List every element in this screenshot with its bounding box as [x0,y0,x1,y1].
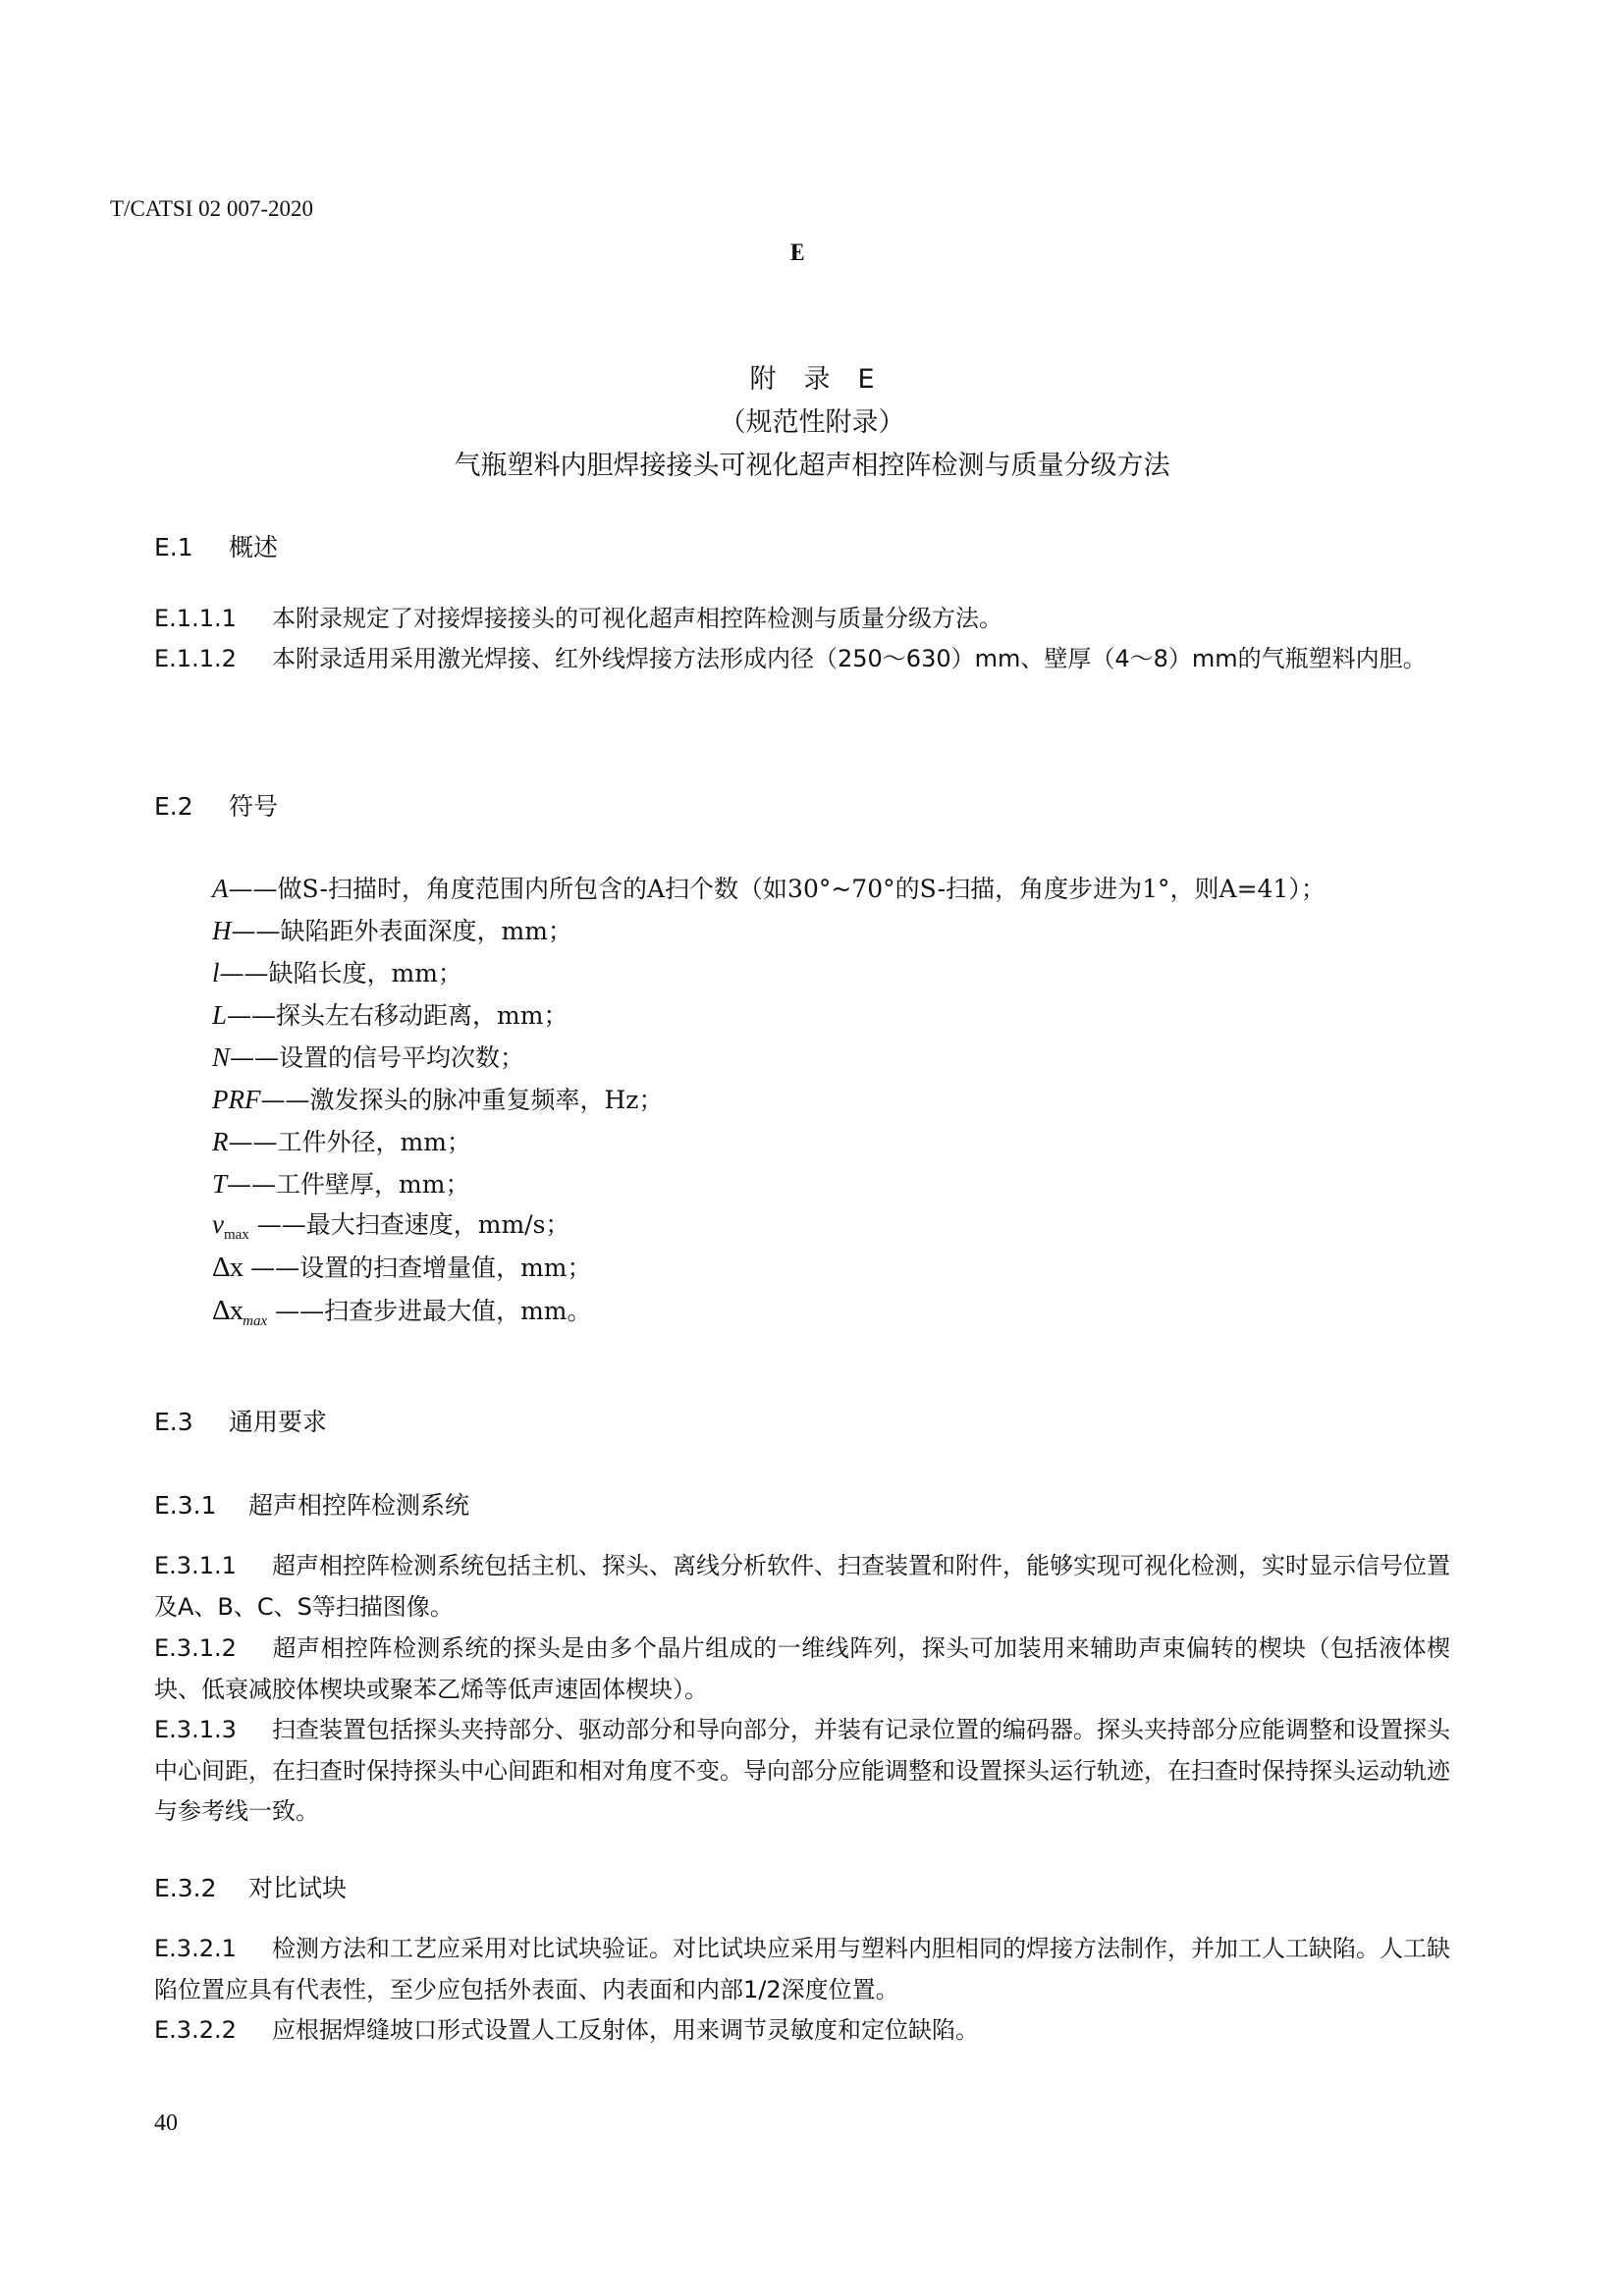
paragraph-e322: E.3.2.2应根据焊缝坡口形式设置人工反射体，用来调节灵敏度和定位缺陷。 [154,2010,1450,2052]
paragraph-e111: E.1.1.1本附录规定了对接焊接接头的可视化超声相控阵检测与质量分级方法。 [154,599,1450,640]
symbol-desc: ——设置的信号平均次数； [230,1043,524,1072]
appendix-type: （规范性附录） [0,400,1624,439]
clause-text: 检测方法和工艺应采用对比试块验证。对比试块应采用与塑料内胆相同的焊接方法制作，并… [154,1935,1450,2003]
symbol-row: H——缺陷距外表面深度，mm； [212,912,572,947]
symbol-row: vmax ——最大扫查速度，mm/s； [212,1205,569,1244]
symbol: N [212,1042,230,1072]
clause-text: 超声相控阵检测系统的探头是由多个晶片组成的一维线阵列，探头可加装用来辅助声束偏转… [154,1634,1450,1703]
stray-mark: IE [791,240,795,267]
clause-number: E.3.1.2 [154,1629,272,1670]
clause-number: E.3.1.1 [154,1546,272,1587]
section-title: 通用要求 [229,1408,327,1436]
section-number: E.3 [154,1408,229,1436]
symbol: A [212,874,229,903]
section-number: E.1 [154,533,229,561]
clause-text: 扫查装置包括探头夹持部分、驱动部分和导向部分，并装有记录位置的编码器。探头夹持部… [154,1716,1450,1825]
appendix-label-part: E [857,364,874,395]
clause-text: 超声相控阵检测系统包括主机、探头、离线分析软件、扫查装置和附件，能够实现可视化检… [154,1552,1450,1621]
paragraph-e312: E.3.1.2超声相控阵检测系统的探头是由多个晶片组成的一维线阵列，探头可加装用… [154,1629,1450,1710]
subsection-title: 超声相控阵检测系统 [248,1491,469,1520]
appendix-label-part: 录 [803,364,830,395]
symbol-row: T——工件壁厚，mm； [212,1165,469,1201]
clause-text: 应根据焊缝坡口形式设置人工反射体，用来调节灵敏度和定位缺陷。 [272,2016,979,2044]
symbol-subscript: max [224,1227,249,1243]
symbol: l [212,958,220,988]
clause-number: E.3.2.2 [154,2010,272,2052]
clause-number: E.3.2.1 [154,1929,272,1970]
section-title: 概述 [229,533,278,561]
document-code: T/CATSI 02 007-2020 [110,196,313,222]
paragraph-e311: E.3.1.1超声相控阵检测系统包括主机、探头、离线分析软件、扫查装置和附件，能… [154,1546,1450,1628]
symbol: Δx [212,1252,243,1283]
paragraph-e313: E.3.1.3扫查装置包括探头夹持部分、驱动部分和导向部分，并装有记录位置的编码… [154,1710,1450,1833]
clause-text: 本附录规定了对接焊接接头的可视化超声相控阵检测与质量分级方法。 [272,605,1002,632]
appendix-label: 附录E [0,357,1624,396]
symbol-desc: ——探头左右移动距离，mm； [227,1001,568,1030]
symbol: R [212,1127,229,1156]
clause-number: E.3.1.3 [154,1710,272,1751]
symbol-desc: ——工件外径，mm； [229,1128,471,1156]
symbol-row: R——工件外径，mm； [212,1123,471,1158]
symbol: Δx [212,1295,243,1326]
section-heading-e1: E.1概述 [154,528,278,563]
symbol-subscript: max [243,1313,267,1329]
subsection-number: E.3.1 [154,1491,248,1520]
appendix-label-part: 附 [749,364,776,395]
symbol-desc: ——激发探头的脉冲重复频率，Hz； [260,1086,663,1114]
symbol-row: Δx ——设置的扫查增量值，mm； [212,1249,592,1284]
symbol-row: Δxmax ——扫查步进最大值，mm。 [212,1292,592,1330]
section-heading-e2: E.2符号 [154,787,278,823]
symbol-desc: ——缺陷距外表面深度，mm； [232,917,572,945]
section-title: 符号 [229,792,278,821]
symbol-desc: ——工件壁厚，mm； [227,1170,469,1199]
subsection-heading-e31: E.3.1超声相控阵检测系统 [154,1486,469,1522]
symbol-desc: ——最大扫查速度，mm/s； [249,1210,570,1239]
symbol: v [212,1209,224,1239]
symbol: PRF [212,1085,260,1114]
symbol-desc: ——缺陷长度，mm； [220,959,462,988]
subsection-number: E.3.2 [154,1874,248,1902]
symbol-row: L——探头左右移动距离，mm； [212,996,568,1032]
section-heading-e3: E.3通用要求 [154,1403,327,1438]
subsection-title: 对比试块 [248,1874,347,1902]
paragraph-e112: E.1.1.2本附录适用采用激光焊接、红外线焊接方法形成内径（250～630）m… [154,639,1450,680]
symbol-row: A——做S-扫描时，角度范围内所包含的A扫个数（如30°~70°的S-扫描，角度… [212,870,1326,905]
clause-number: E.1.1.2 [154,639,272,680]
symbol: L [212,1000,227,1030]
clause-number: E.1.1.1 [154,599,272,640]
symbol-desc: ——做S-扫描时，角度范围内所包含的A扫个数（如30°~70°的S-扫描，角度步… [229,875,1326,903]
page-number: 40 [154,2110,178,2137]
main-title: 气瓶塑料内胆焊接接头可视化超声相控阵检测与质量分级方法 [0,444,1624,482]
symbol-row: l——缺陷长度，mm； [212,954,462,989]
symbol-desc: ——扫查步进最大值，mm。 [267,1297,591,1325]
symbol-row: N——设置的信号平均次数； [212,1039,524,1074]
symbol: H [212,916,232,945]
section-number: E.2 [154,792,229,821]
symbol-row: PRF——激发探头的脉冲重复频率，Hz； [212,1081,663,1116]
clause-text: 本附录适用采用激光焊接、红外线焊接方法形成内径（250～630）mm、壁厚（4～… [272,645,1427,672]
symbol: T [212,1169,227,1199]
symbol-desc: ——设置的扫查增量值，mm； [243,1254,591,1282]
subsection-heading-e32: E.3.2对比试块 [154,1869,347,1904]
paragraph-e321: E.3.2.1检测方法和工艺应采用对比试块验证。对比试块应采用与塑料内胆相同的焊… [154,1929,1450,2010]
